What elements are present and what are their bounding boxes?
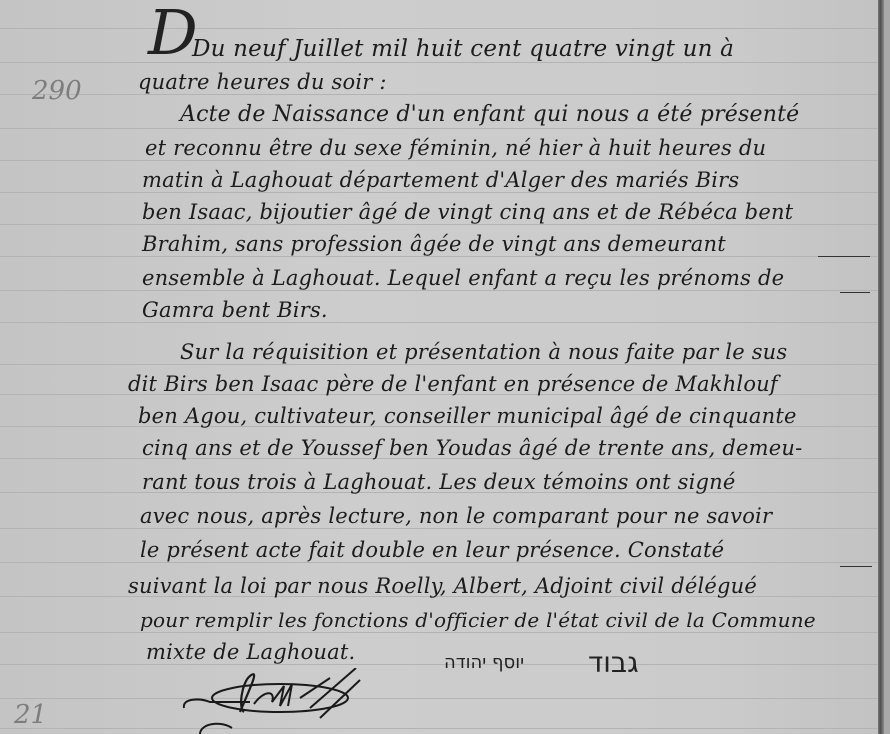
text-line: rant tous trois à Laghouat. Les deux tém… [142, 470, 735, 494]
ruled-line [0, 94, 882, 95]
text-line: cinq ans et de Youssef ben Youdas âgé de… [142, 436, 802, 460]
line-filler-dash [818, 256, 870, 257]
ruled-line [0, 192, 882, 193]
ruled-line [0, 728, 882, 729]
ruled-line [0, 528, 882, 529]
ruled-line [0, 224, 882, 225]
ruled-line [0, 364, 882, 365]
witness-signature-hebrew: יוסף יהודה [444, 652, 524, 673]
line-filler-dash [840, 292, 870, 293]
text-line: ben Isaac, bijoutier âgé de vingt cinq a… [142, 200, 793, 224]
text-line: Gamra bent Birs. [142, 298, 328, 322]
text-line: avec nous, après lecture, non le compara… [140, 504, 772, 528]
ruled-line [0, 322, 882, 323]
text-line: ensemble à Laghouat. Lequel enfant a reç… [142, 266, 784, 290]
ruled-line [0, 562, 882, 563]
ruled-line [0, 664, 882, 665]
text-line: Du neuf Juillet mil huit cent quatre vin… [192, 36, 734, 62]
margin-entry-number-next: 21 [14, 700, 47, 730]
ruled-line [0, 256, 882, 257]
signature-flourish-icon [180, 668, 370, 734]
text-line: mixte de Laghouat. [146, 640, 355, 664]
text-line: Acte de Naissance d'un enfant qui nous a… [180, 102, 799, 127]
ruled-line [0, 28, 882, 29]
page-edge [884, 0, 890, 734]
text-line: pour remplir les fonctions d'officier de… [140, 608, 816, 632]
text-line: quatre heures du soir : [138, 70, 387, 94]
ruled-line [0, 160, 882, 161]
text-line: Sur la réquisition et présentation à nou… [180, 340, 787, 364]
ruled-line [0, 290, 882, 291]
ruled-line [0, 128, 882, 129]
register-page: 290 21 D Du neuf Juillet mil huit cent q… [0, 0, 890, 734]
text-line: ben Agou, cultivateur, conseiller munici… [138, 404, 797, 428]
ruled-line [0, 62, 882, 63]
line-filler-dash [840, 566, 872, 567]
decorative-initial: D [148, 2, 198, 64]
ruled-line [0, 698, 882, 699]
text-line: Brahim, sans profession âgée de vingt an… [142, 232, 726, 256]
text-line: le présent acte fait double en leur prés… [140, 538, 724, 562]
text-line: et reconnu être du sexe féminin, né hier… [145, 136, 766, 160]
official-signature: Roelly [180, 668, 370, 734]
text-line: matin à Laghouat département d'Alger des… [142, 168, 739, 192]
margin-entry-number: 290 [32, 76, 82, 106]
ruled-line [0, 632, 882, 633]
text-line: suivant la loi par nous Roelly, Albert, … [128, 574, 757, 598]
witness-signature-hebrew: גבוד [588, 646, 639, 679]
text-line: dit Birs ben Isaac père de l'enfant en p… [128, 372, 778, 396]
